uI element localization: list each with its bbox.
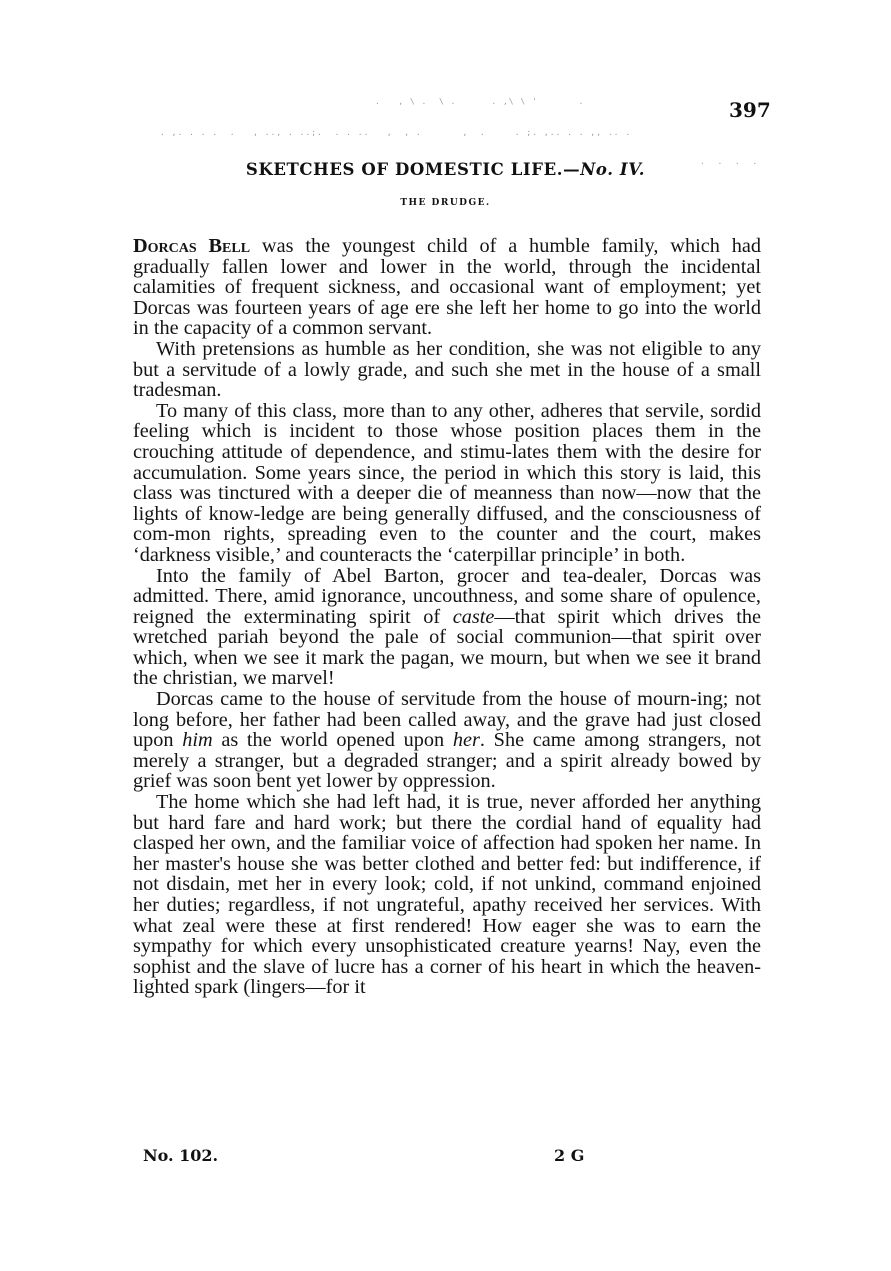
article-title-text: SKETCHES OF DOMESTIC LIFE.— [246,160,580,179]
dropcap-name: Dorcas Bell [133,235,250,257]
article-title: SKETCHES OF DOMESTIC LIFE.—No. IV. [0,160,891,179]
paragraph-text: To many of this class, more than to any … [133,400,761,566]
bleed-through-text: . , \ . \ . . ,\ \ ' . [375,97,584,106]
paragraph-text: The home which she had left had, it is t… [133,791,761,998]
emphasis: her [453,729,480,751]
article-subtitle: THE DRUDGE. [0,198,891,208]
paragraph: Into the family of Abel Barton, grocer a… [133,566,761,690]
paragraph-text: as the world opened upon [213,729,453,751]
paragraph: The home which she had left had, it is t… [133,792,761,998]
paragraph: Dorcas Bell was the youngest child of a … [133,236,761,339]
scanned-page: . , \ . \ . . ,\ \ ' . . ,. . . . . , ..… [0,0,891,1271]
article-body: Dorcas Bell was the youngest child of a … [133,236,761,998]
signature-mark: 2 G [554,1146,584,1165]
paragraph: With pretensions as humble as her condit… [133,339,761,401]
issue-number: No. 102. [143,1146,218,1165]
bleed-through-text: . ,. . . . . , .., . ..;. . . .. , , . ,… [160,128,631,137]
paragraph: To many of this class, more than to any … [133,401,761,566]
paragraph: Dorcas came to the house of servitude fr… [133,689,761,792]
paragraph-text: With pretensions as humble as her condit… [133,338,761,401]
page-number: 397 [729,98,771,122]
article-number: No. IV. [580,160,645,179]
emphasis: caste [453,606,495,628]
emphasis: him [182,729,212,751]
